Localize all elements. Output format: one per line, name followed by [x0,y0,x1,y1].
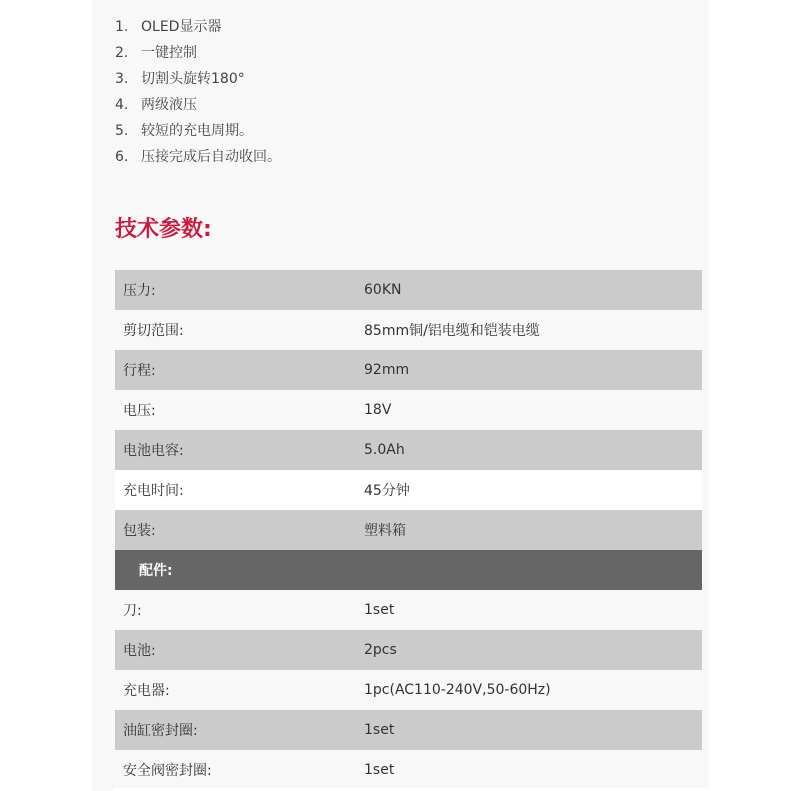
spec-table: 压力:60KN 剪切范围:85mm铜/铝电缆和铠装电缆 行程:92mm 电压:1… [115,270,702,790]
accessories-header-row: 配件: [115,550,702,590]
table-row: 剪切范围:85mm铜/铝电缆和铠装电缆 [115,310,702,350]
section-title-specs: 技术参数: [115,214,212,246]
table-row: 充电时间:45分钟 [115,470,702,510]
feature-item: 1.OLED显示器 [115,14,281,40]
feature-item: 3.切割头旋转180° [115,66,281,92]
table-row: 压力:60KN [115,270,702,310]
feature-list: 1.OLED显示器 2.一键控制 3.切割头旋转180° 4.两级液压 5.较短… [115,14,281,170]
table-row: 电压:18V [115,390,702,430]
table-row: 充电器:1pc(AC110-240V,50-60Hz) [115,670,702,710]
feature-item: 4.两级液压 [115,92,281,118]
table-row: 油缸密封圈:1set [115,710,702,750]
feature-item: 6.压接完成后自动收回。 [115,144,281,170]
table-row: 行程:92mm [115,350,702,390]
table-row: 电池:2pcs [115,630,702,670]
table-row: 安全阀密封圈:1set [115,750,702,790]
feature-item: 2.一键控制 [115,40,281,66]
table-row: 刀:1set [115,590,702,630]
table-row: 包装:塑料箱 [115,510,702,550]
table-row: 电池电容:5.0Ah [115,430,702,470]
feature-item: 5.较短的充电周期。 [115,118,281,144]
